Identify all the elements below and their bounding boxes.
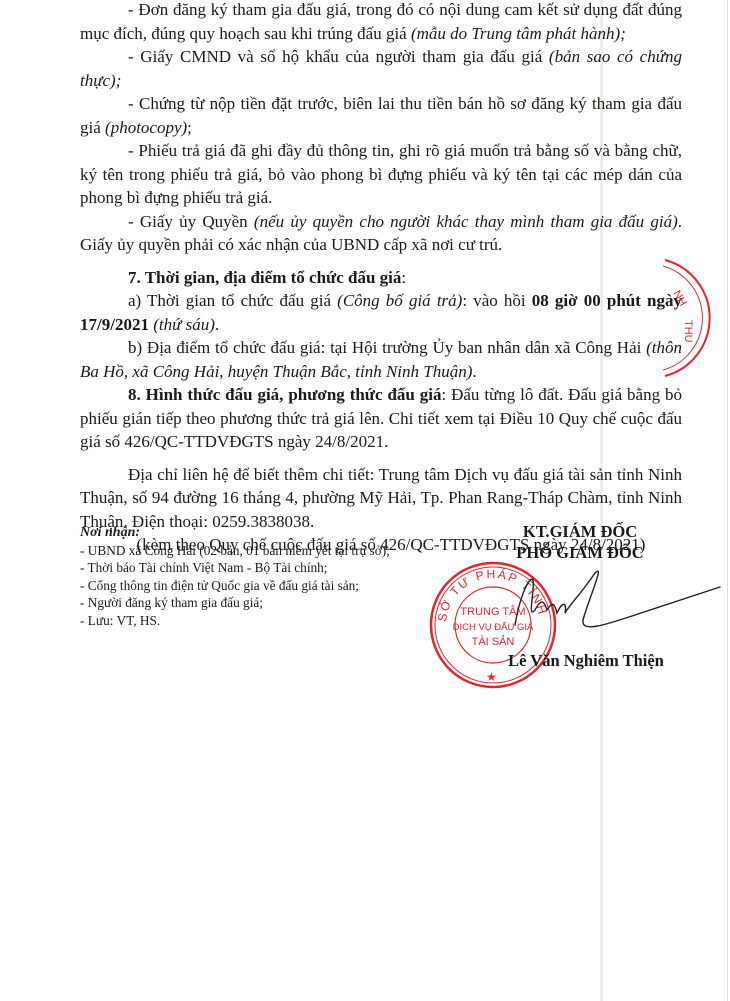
section-7-heading: 7. Thời gian, địa điểm tổ chức đấu giá: — [80, 266, 682, 290]
svg-text:TÀI SẢN: TÀI SẢN — [472, 635, 515, 648]
document-body: - Đơn đăng ký tham gia đấu giá, trong đó… — [80, 0, 682, 557]
item-registration-form: - Đơn đăng ký tham gia đấu giá, trong đó… — [80, 0, 682, 45]
page-seal-partial-icon: NH THU — [663, 258, 713, 378]
section-8: 8. Hình thức đấu giá, phương thức đấu gi… — [80, 383, 682, 454]
recipient-item: - Người đăng ký tham gia đấu giá; — [80, 594, 460, 612]
svg-text:★: ★ — [486, 670, 497, 684]
recipients-block: Nơi nhận: - UBND xã Công Hải (02 bản, 01… — [80, 524, 460, 629]
scan-page-edge — [727, 0, 728, 1001]
signatory-title: KT.GIÁM ĐỐC PHÓ GIÁM ĐỐC — [480, 521, 680, 563]
svg-text:THU: THU — [682, 320, 694, 343]
recipient-item: - Cổng thông tin điện tử Quốc gia về đấu… — [80, 577, 460, 595]
section-7a: a) Thời gian tổ chức đấu giá (Công bố gi… — [80, 289, 682, 336]
item-id-card: - Giấy CMND và sổ hộ khẩu của người tham… — [80, 45, 682, 92]
item-bid-slip: - Phiếu trả giá đã ghi đầy đủ thông tin,… — [80, 139, 682, 210]
item-power-of-attorney: - Giấy ủy Quyền (nếu ủy quyền cho người … — [80, 210, 682, 257]
signatory-name: Lê Văn Nghiêm Thiện — [486, 651, 686, 671]
svg-text:NH: NH — [670, 289, 688, 309]
handwritten-signature-icon — [505, 565, 725, 635]
section-7b: b) Địa điểm tổ chức đấu giá: tại Hội trư… — [80, 336, 682, 383]
recipient-item: - Lưu: VT, HS. — [80, 612, 460, 630]
recipient-item: - UBND xã Công Hải (02 bản, 01 bản niêm … — [80, 542, 460, 560]
recipients-title: Nơi nhận: — [80, 524, 460, 542]
recipient-item: - Thời báo Tài chính Việt Nam - Bộ Tài c… — [80, 559, 460, 577]
item-deposit-receipt: - Chứng từ nộp tiền đặt trước, biên lai … — [80, 92, 682, 139]
